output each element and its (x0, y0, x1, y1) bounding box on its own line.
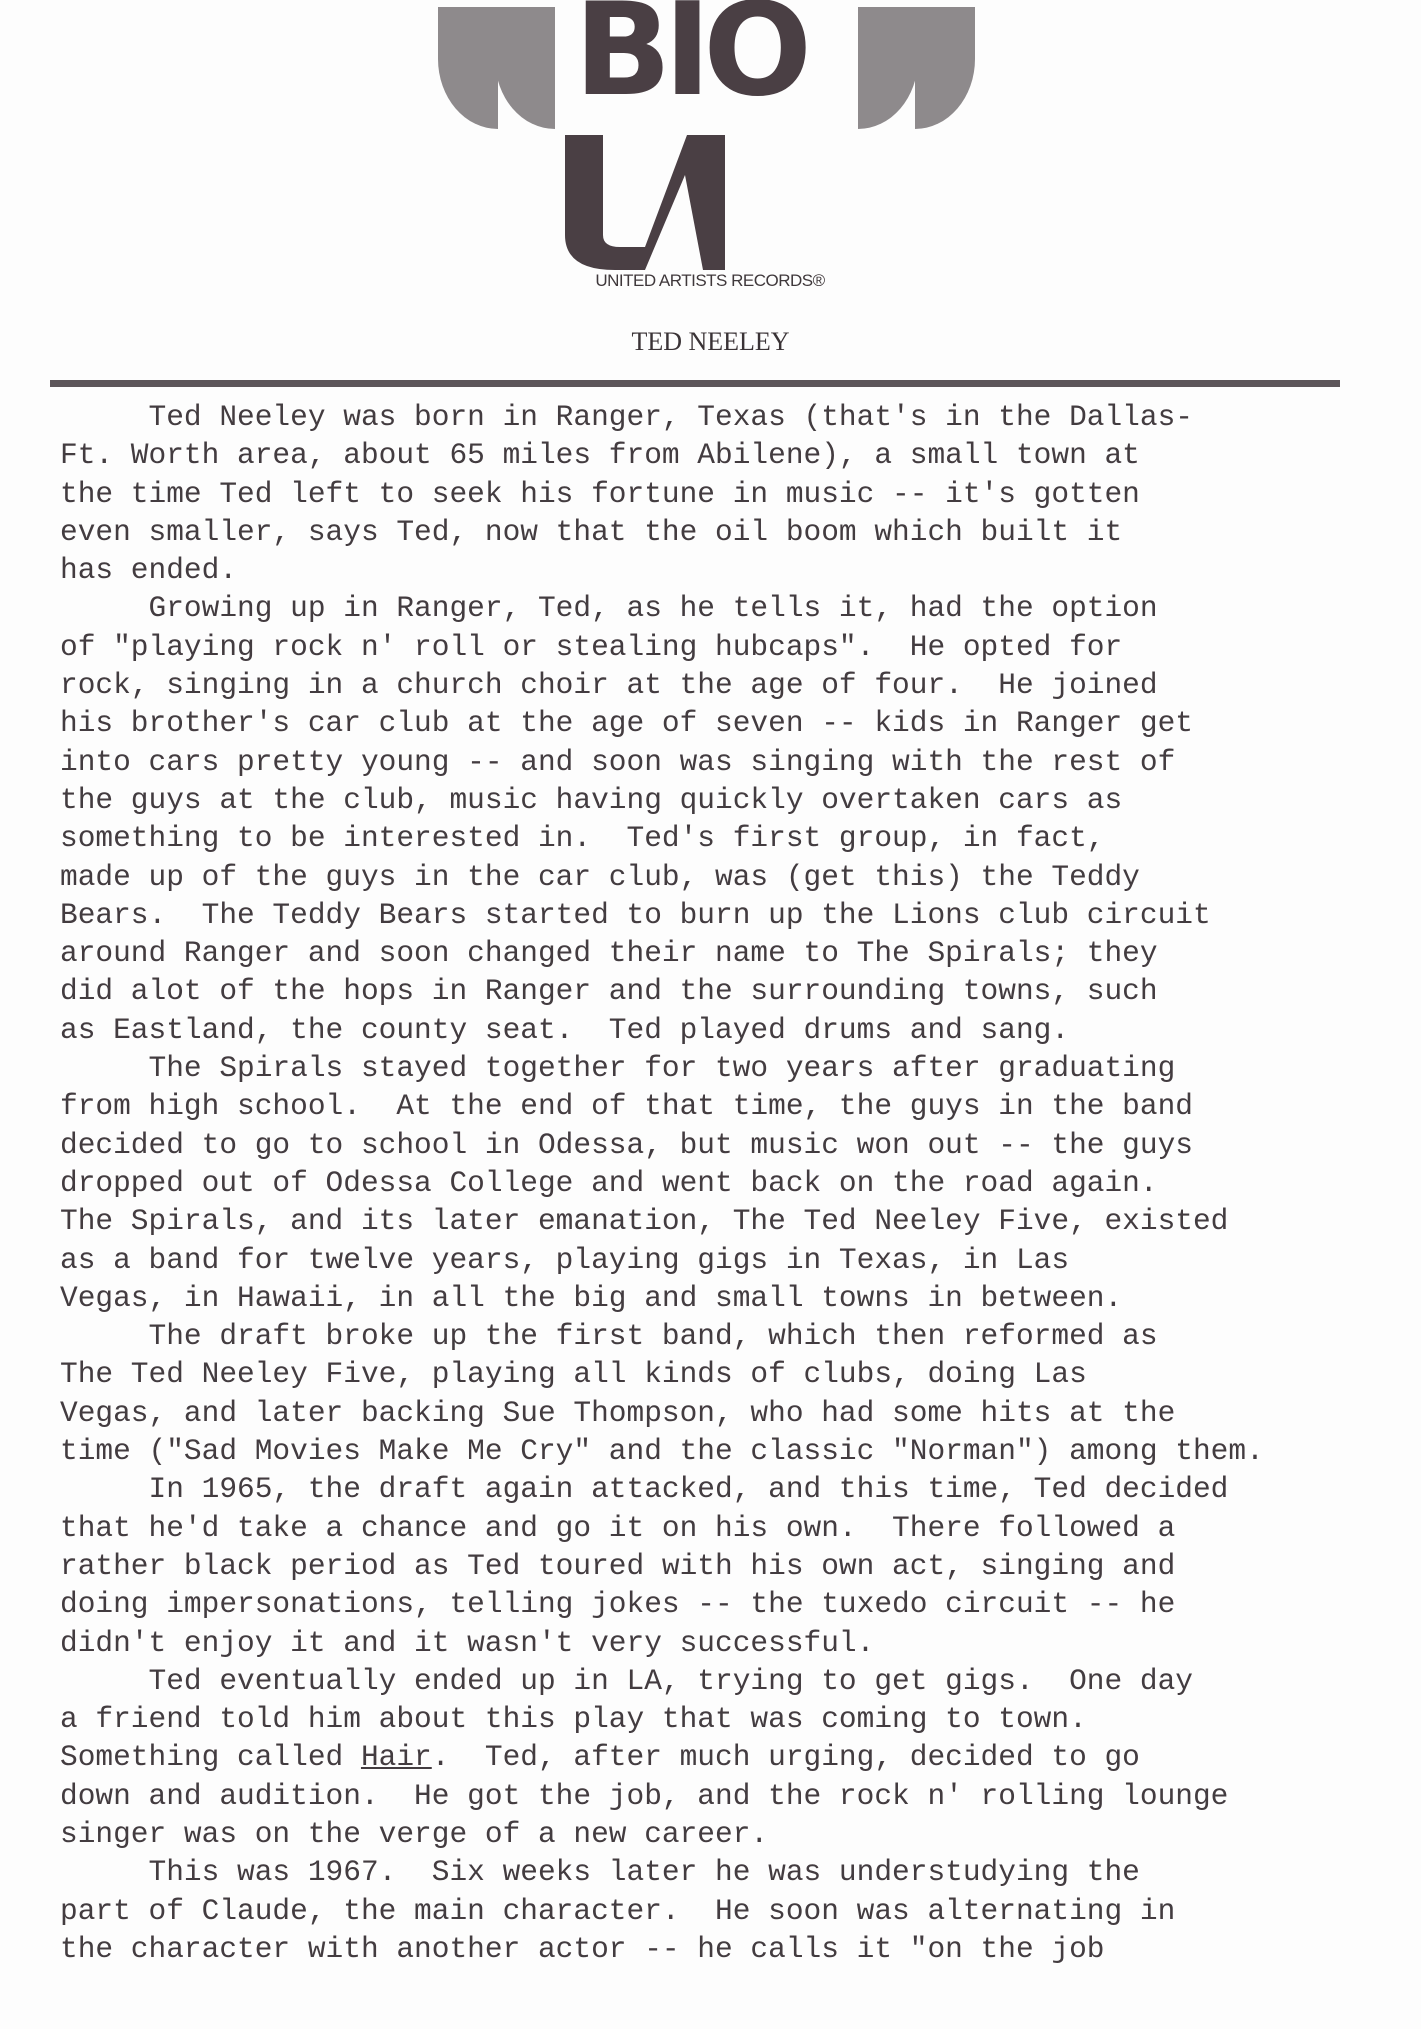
paragraph: Growing up in Ranger, Ted, as he tells i… (60, 589, 1400, 1049)
text-line: as Eastland, the county seat. Ted played… (60, 1011, 1400, 1049)
text-line: Ted Neeley was born in Ranger, Texas (th… (60, 398, 1400, 436)
text-line: decided to go to school in Odessa, but m… (60, 1126, 1400, 1164)
text-line: The draft broke up the first band, which… (60, 1317, 1400, 1355)
paragraph: In 1965, the draft again attacked, and t… (60, 1470, 1400, 1661)
ua-logo-icon (565, 135, 810, 270)
text-line: Something called Hair. Ted, after much u… (60, 1738, 1400, 1776)
paragraph: The draft broke up the first band, which… (60, 1317, 1400, 1470)
bio-ua-logo: BIO UNITED ARTISTS RECORDS® (430, 5, 990, 295)
text-line: something to be interested in. Ted's fir… (60, 819, 1400, 857)
logo-bio-text: BIO (564, 0, 814, 115)
text-line: Vegas, in Hawaii, in all the big and sma… (60, 1279, 1400, 1317)
text-line: that he'd take a chance and go it on his… (60, 1509, 1400, 1547)
text-line: has ended. (60, 551, 1400, 589)
brand-name: UNITED ARTISTS RECORDS® (430, 271, 990, 291)
paragraph: This was 1967. Six weeks later he was un… (60, 1853, 1400, 1968)
text-line: as a band for twelve years, playing gigs… (60, 1241, 1400, 1279)
text-line: into cars pretty young -- and soon was s… (60, 743, 1400, 781)
page-title: TED NEELEY (0, 327, 1421, 357)
text-line: made up of the guys in the car club, was… (60, 858, 1400, 896)
text-line: the character with another actor -- he c… (60, 1930, 1400, 1968)
show-title-hair: Hair (361, 1740, 432, 1774)
text-line: from high school. At the end of that tim… (60, 1087, 1400, 1125)
text-line: part of Claude, the main character. He s… (60, 1892, 1400, 1930)
open-quote-icon (438, 7, 498, 129)
text-line: didn't enjoy it and it wasn't very succe… (60, 1624, 1400, 1662)
text-line: the time Ted left to seek his fortune in… (60, 475, 1400, 513)
text-line: even smaller, says Ted, now that the oil… (60, 513, 1400, 551)
text-line: Growing up in Ranger, Ted, as he tells i… (60, 589, 1400, 627)
text-line: around Ranger and soon changed their nam… (60, 934, 1400, 972)
text-line: Vegas, and later backing Sue Thompson, w… (60, 1394, 1400, 1432)
text-line: a friend told him about this play that w… (60, 1700, 1400, 1738)
text-line: rock, singing in a church choir at the a… (60, 666, 1400, 704)
text-line: rather black period as Ted toured with h… (60, 1547, 1400, 1585)
text-line: down and audition. He got the job, and t… (60, 1777, 1400, 1815)
text-line: This was 1967. Six weeks later he was un… (60, 1853, 1400, 1891)
text-line: The Ted Neeley Five, playing all kinds o… (60, 1355, 1400, 1393)
paragraph: Ted Neeley was born in Ranger, Texas (th… (60, 398, 1400, 589)
text-line: doing impersonations, telling jokes -- t… (60, 1585, 1400, 1623)
text-line: Bears. The Teddy Bears started to burn u… (60, 896, 1400, 934)
text-line: The Spirals stayed together for two year… (60, 1049, 1400, 1087)
text-line: did alot of the hops in Ranger and the s… (60, 972, 1400, 1010)
text-line: his brother's car club at the age of sev… (60, 704, 1400, 742)
text-line: of "playing rock n' roll or stealing hub… (60, 628, 1400, 666)
text-line: singer was on the verge of a new career. (60, 1815, 1400, 1853)
text-line: the guys at the club, music having quick… (60, 781, 1400, 819)
text-line: Ted eventually ended up in LA, trying to… (60, 1662, 1400, 1700)
text-line: Ft. Worth area, about 65 miles from Abil… (60, 436, 1400, 474)
text-line: time ("Sad Movies Make Me Cry" and the c… (60, 1432, 1400, 1470)
text-line: The Spirals, and its later emanation, Th… (60, 1202, 1400, 1240)
bio-body: Ted Neeley was born in Ranger, Texas (th… (60, 398, 1400, 1968)
text-line: In 1965, the draft again attacked, and t… (60, 1470, 1400, 1508)
open-quote-icon (495, 7, 555, 129)
close-quote-icon (858, 7, 918, 129)
paragraph: Ted eventually ended up in LA, trying to… (60, 1662, 1400, 1853)
header-divider (50, 380, 1340, 387)
close-quote-icon (915, 7, 975, 129)
text-line: dropped out of Odessa College and went b… (60, 1164, 1400, 1202)
paragraph: The Spirals stayed together for two year… (60, 1049, 1400, 1317)
